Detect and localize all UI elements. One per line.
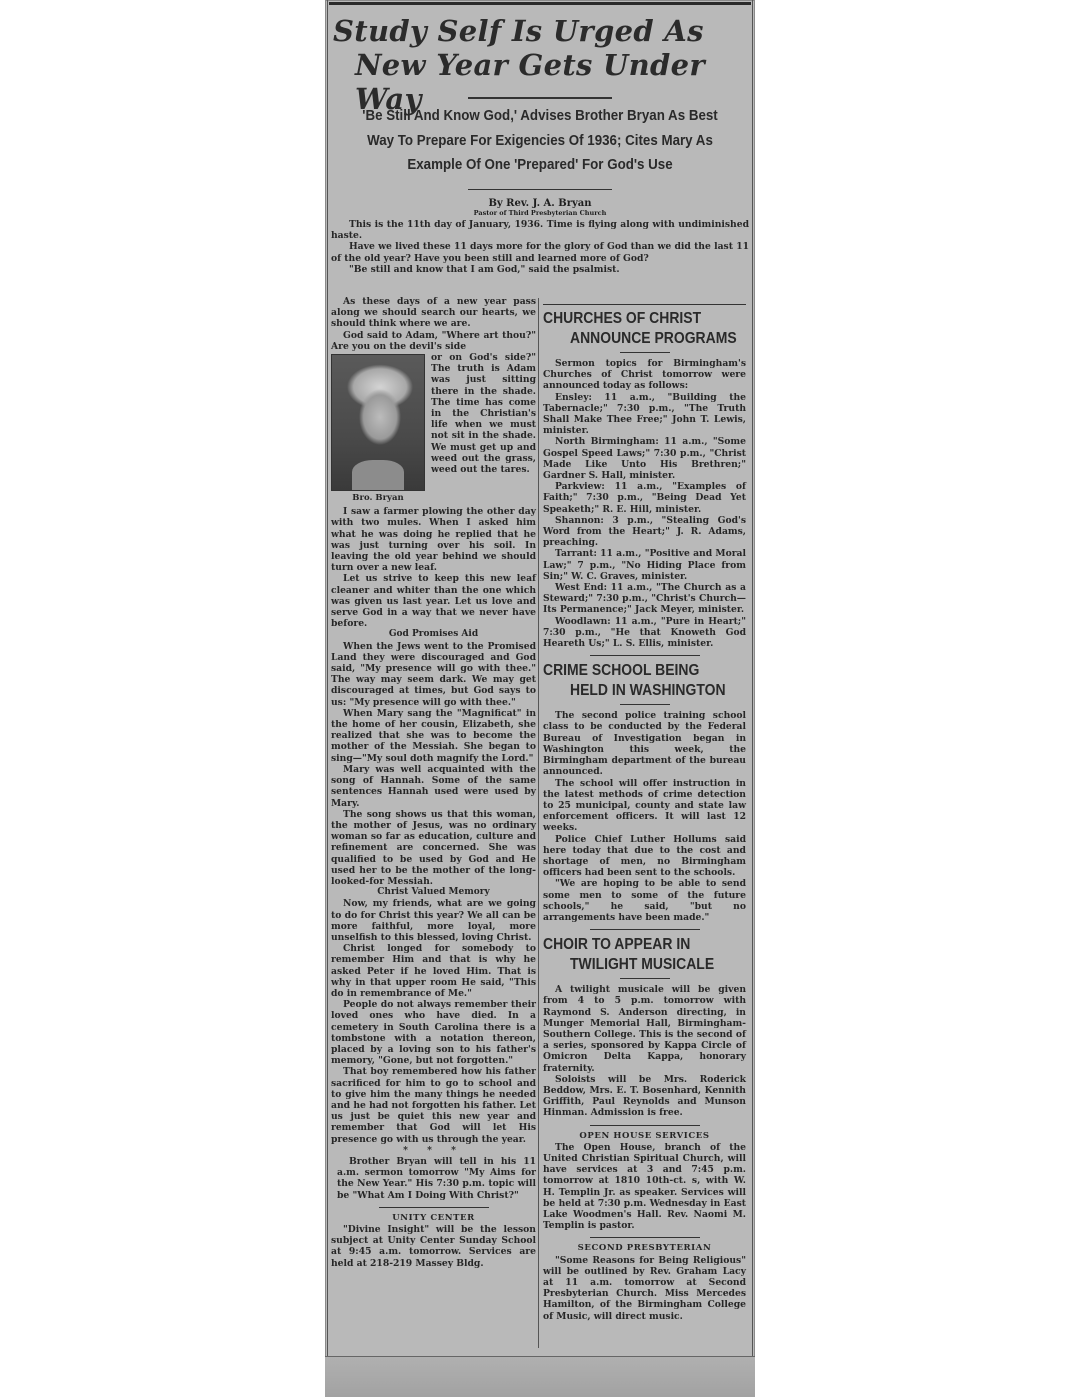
body-paragraph: Now, my friends, what are we going to do… xyxy=(331,898,536,943)
open-house-body: The Open House, branch of the United Chr… xyxy=(543,1142,746,1232)
article-column-right: CHURCHES OF CHRIST ANNOUNCE PROGRAMS Ser… xyxy=(543,300,746,1322)
churches-paragraph: West End: 11 a.m., "The Church as a Stew… xyxy=(543,582,746,616)
body-paragraph: When Mary sang the "Magnificat" in the h… xyxy=(331,708,536,764)
open-house-heading: OPEN HOUSE SERVICES xyxy=(543,1131,746,1142)
unity-center-heading: UNITY CENTER xyxy=(331,1213,536,1224)
heading-rule xyxy=(620,704,670,705)
byline-title: Pastor of Third Presbyterian Church xyxy=(325,209,755,217)
churches-paragraph: Ensley: 11 a.m., "Building the Tabernacl… xyxy=(543,392,746,437)
churches-heading-line-2: ANNOUNCE PROGRAMS xyxy=(543,329,743,349)
intro-paragraph: This is the 11th day of January, 1936. T… xyxy=(331,219,749,241)
churches-paragraph: Shannon: 3 p.m., "Stealing God's Word fr… xyxy=(543,515,746,549)
section-rule xyxy=(379,1207,489,1208)
body-paragraph: That boy remembered how his father sacri… xyxy=(331,1066,536,1144)
churches-paragraph: North Birmingham: 11 a.m., "Some Gospel … xyxy=(543,436,746,481)
section-rule xyxy=(590,655,700,656)
choir-heading: CHOIR TO APPEAR IN TWILIGHT MUSICALE xyxy=(543,935,743,975)
body-paragraph: People do not always remember their love… xyxy=(331,999,536,1066)
column-divider xyxy=(538,298,539,1348)
body-paragraph: Mary was well acquainted with the song o… xyxy=(331,764,536,809)
article-column-left: As these days of a new year pass along w… xyxy=(331,296,536,1269)
section-rule xyxy=(590,1125,700,1126)
body-paragraph: As these days of a new year pass along w… xyxy=(331,296,536,330)
unity-center-body: "Divine Insight" will be the lesson subj… xyxy=(331,1224,536,1269)
sermon-note: Brother Bryan will tell in his 11 a.m. s… xyxy=(331,1156,536,1201)
deck-rule xyxy=(468,189,612,190)
headline-line-1: Study Self Is Urged As xyxy=(333,14,747,48)
choir-heading-line-1: CHOIR TO APPEAR IN xyxy=(543,936,690,953)
crime-heading-line-1: CRIME SCHOOL BEING xyxy=(543,662,699,679)
section-rule xyxy=(590,929,700,930)
body-paragraph: When the Jews went to the Promised Land … xyxy=(331,641,536,708)
churches-heading: CHURCHES OF CHRIST ANNOUNCE PROGRAMS xyxy=(543,309,743,349)
separator-dots: * * * xyxy=(331,1145,536,1156)
newspaper-clipping: Study Self Is Urged As New Year Gets Und… xyxy=(325,0,755,1397)
body-paragraph: God said to Adam, "Where art thou?" Are … xyxy=(331,330,536,352)
heading-rule xyxy=(620,978,670,979)
page-bottom-edge xyxy=(325,1356,755,1397)
churches-paragraph: Parkview: 11 a.m., "Examples of Faith;" … xyxy=(543,481,746,515)
byline: By Rev. J. A. Bryan xyxy=(325,198,755,209)
section-subhead: Christ Valued Memory xyxy=(331,887,536,898)
choir-paragraph: A twilight musicale will be given from 4… xyxy=(543,984,746,1074)
crime-paragraph: Police Chief Luther Hollums said here to… xyxy=(543,834,746,879)
crime-heading-line-2: HELD IN WASHINGTON xyxy=(543,681,743,701)
churches-paragraph: Tarrant: 11 a.m., "Positive and Moral La… xyxy=(543,548,746,582)
churches-heading-line-1: CHURCHES OF CHRIST xyxy=(543,310,701,327)
section-rule xyxy=(543,304,746,305)
heading-rule xyxy=(620,352,670,353)
churches-paragraph: Sermon topics for Birmingham's Churches … xyxy=(543,358,746,392)
section-rule xyxy=(590,1237,700,1238)
crime-school-heading: CRIME SCHOOL BEING HELD IN WASHINGTON xyxy=(543,661,743,701)
photo-caption: Bro. Bryan xyxy=(331,493,425,504)
crime-paragraph: "We are hoping to be able to send some m… xyxy=(543,878,746,923)
body-paragraph: I saw a farmer plowing the other day wit… xyxy=(331,506,536,573)
body-paragraph: Let us strive to keep this new leaf clea… xyxy=(331,573,536,629)
crime-paragraph: The second police training school class … xyxy=(543,710,746,777)
crime-paragraph: The school will offer instruction in the… xyxy=(543,778,746,834)
body-paragraph: Christ longed for somebody to remember H… xyxy=(331,943,536,999)
second-presbyterian-body: "Some Reasons for Being Religious" will … xyxy=(543,1255,746,1322)
deck-subheadline: 'Be Still And Know God,' Advises Brother… xyxy=(348,104,733,178)
choir-heading-line-2: TWILIGHT MUSICALE xyxy=(543,955,743,975)
author-portrait-image xyxy=(331,354,425,491)
top-rule xyxy=(329,2,751,5)
article-intro: This is the 11th day of January, 1936. T… xyxy=(331,219,749,275)
author-photo-block: Bro. Bryan xyxy=(331,354,425,504)
body-paragraph: The song shows us that this woman, the m… xyxy=(331,809,536,887)
second-presbyterian-heading: SECOND PRESBYTERIAN xyxy=(543,1243,746,1254)
headline-rule xyxy=(468,97,612,99)
main-headline: Study Self Is Urged As New Year Gets Und… xyxy=(333,14,747,116)
intro-paragraph: Have we lived these 11 days more for the… xyxy=(331,241,749,263)
choir-paragraph: Soloists will be Mrs. Roderick Beddow, M… xyxy=(543,1074,746,1119)
intro-paragraph: "Be still and know that I am God," said … xyxy=(331,264,749,275)
section-subhead: God Promises Aid xyxy=(331,629,536,640)
churches-paragraph: Woodlawn: 11 a.m., "Pure in Heart;" 7:30… xyxy=(543,616,746,650)
